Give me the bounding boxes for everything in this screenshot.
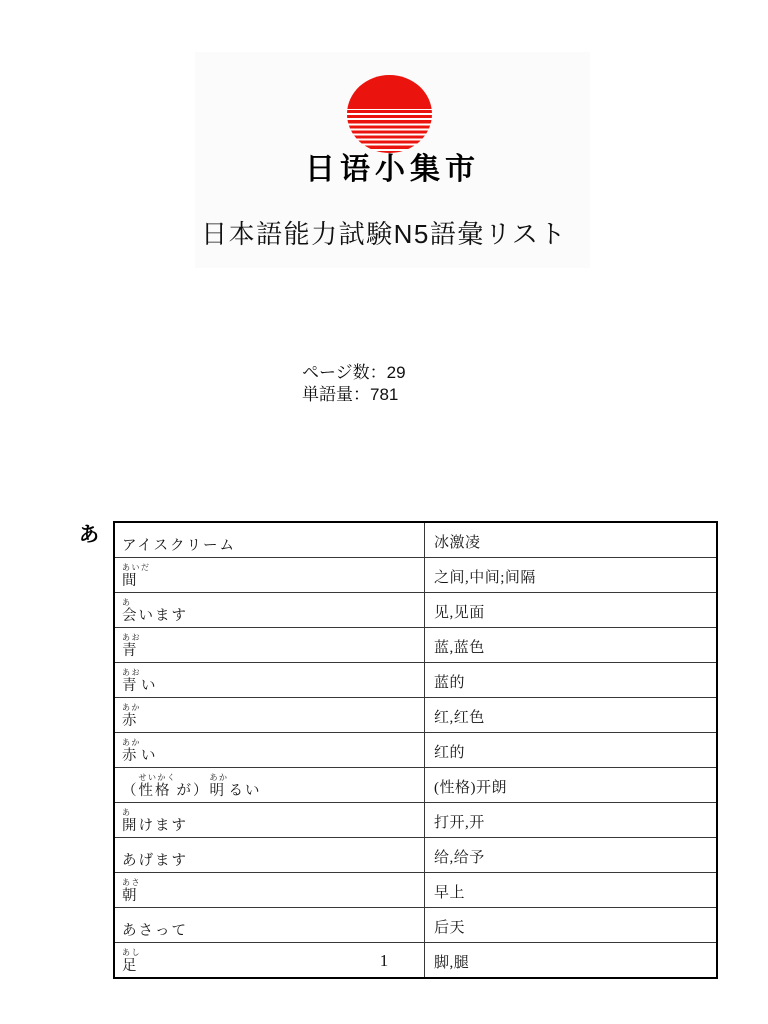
furigana: あお — [122, 667, 141, 678]
word-cell: あ開 けます — [114, 803, 425, 838]
word-text: い — [141, 748, 158, 764]
word-text: 赤 — [122, 713, 141, 729]
page-count-text: ページ数：29 — [302, 362, 406, 384]
furigana: あか — [122, 737, 141, 748]
brand-name: 日语小集市 — [195, 153, 590, 187]
furigana: あか — [122, 702, 141, 713]
word-text: 間 — [122, 573, 151, 589]
furigana: あいだ — [122, 562, 151, 573]
word-segment: あさ朝 — [122, 877, 141, 904]
table-row: あさって后天 — [114, 908, 717, 943]
word-text: 青 — [122, 678, 141, 694]
word-segment: あか赤 — [122, 702, 141, 729]
furigana: あさ — [122, 877, 141, 888]
word-segment: るい — [229, 772, 262, 799]
word-text: います — [139, 608, 189, 624]
stats-block: ページ数：29 単語量：781 — [302, 362, 406, 406]
word-text: あさって — [122, 923, 188, 939]
meaning-cell: 早上 — [425, 873, 718, 908]
table-row: あさ朝早上 — [114, 873, 717, 908]
word-text: 性格 — [139, 783, 177, 799]
word-cell: あお青 い — [114, 663, 425, 698]
meaning-cell: 冰激凌 — [425, 522, 718, 558]
word-text: 明 — [210, 783, 229, 799]
table-row: あいだ間之间,中间;间隔 — [114, 558, 717, 593]
word-segment: あか赤 — [122, 737, 141, 764]
table-row: あか赤红,红色 — [114, 698, 717, 733]
word-segment: い — [141, 667, 158, 694]
section-label-a: あ — [79, 518, 99, 547]
furigana — [141, 737, 158, 748]
word-segment: あお青 — [122, 632, 141, 659]
meaning-cell: 蓝的 — [425, 663, 718, 698]
table-row: あ会 います见,见面 — [114, 593, 717, 628]
furigana — [122, 842, 188, 853]
word-cell: あげます — [114, 838, 425, 873]
furigana — [122, 527, 236, 538]
word-segment: アイスクリーム — [122, 527, 236, 554]
table-row: （せいかく性格 が）あか明 るい(性格)开朗 — [114, 768, 717, 803]
rising-sun-logo-icon — [347, 75, 432, 153]
word-text: 朝 — [122, 888, 141, 904]
meaning-cell: 打开,开 — [425, 803, 718, 838]
vocab-table: アイスクリーム冰激凌あいだ間之间,中间;间隔あ会 います见,见面あお青蓝,蓝色あ… — [113, 521, 718, 979]
word-segment: います — [139, 597, 189, 624]
meaning-cell: 后天 — [425, 908, 718, 943]
word-cell: あ会 います — [114, 593, 425, 628]
furigana — [177, 772, 210, 783]
furigana: せいかく — [139, 772, 177, 783]
furigana — [139, 597, 189, 608]
furigana: あ — [122, 597, 139, 608]
table-row: あお青蓝,蓝色 — [114, 628, 717, 663]
word-segment: あいだ間 — [122, 562, 151, 589]
word-segment: あお青 — [122, 667, 141, 694]
word-segment: せいかく性格 — [139, 772, 177, 799]
meaning-cell: 之间,中间;间隔 — [425, 558, 718, 593]
furigana: あ — [122, 807, 139, 818]
word-text: あげます — [122, 853, 188, 869]
meaning-cell: 见,见面 — [425, 593, 718, 628]
word-text: い — [141, 678, 158, 694]
word-cell: あか赤 い — [114, 733, 425, 768]
word-segment: あげます — [122, 842, 188, 869]
word-cell: あいだ間 — [114, 558, 425, 593]
document-page: 日语小集市 日本語能力試験N5語彙リスト ページ数：29 単語量：781 あ ア… — [0, 0, 768, 1024]
word-segment: （ — [122, 772, 139, 799]
furigana: あお — [122, 632, 141, 643]
meaning-cell: 给,给予 — [425, 838, 718, 873]
furigana — [141, 667, 158, 678]
word-segment: い — [141, 737, 158, 764]
meaning-cell: 红的 — [425, 733, 718, 768]
meaning-cell: 蓝,蓝色 — [425, 628, 718, 663]
furigana — [139, 807, 189, 818]
page-number: 1 — [0, 951, 768, 971]
word-cell: あさ朝 — [114, 873, 425, 908]
word-cell: あか赤 — [114, 698, 425, 733]
meaning-cell: (性格)开朗 — [425, 768, 718, 803]
word-segment: けます — [139, 807, 189, 834]
word-text: けます — [139, 818, 189, 834]
word-text: 会 — [122, 608, 139, 624]
word-segment: が） — [177, 772, 210, 799]
word-cell: あさって — [114, 908, 425, 943]
word-text: アイスクリーム — [122, 538, 236, 554]
table-row: あげます给,给予 — [114, 838, 717, 873]
word-text: 赤 — [122, 748, 141, 764]
document-title: 日本語能力試験N5語彙リスト — [0, 218, 768, 250]
meaning-cell: 红,红色 — [425, 698, 718, 733]
furigana — [229, 772, 262, 783]
word-segment: あ開 — [122, 807, 139, 834]
table-row: アイスクリーム冰激凌 — [114, 522, 717, 558]
word-segment: あさって — [122, 912, 188, 939]
word-cell: アイスクリーム — [114, 522, 425, 558]
table-row: あお青 い蓝的 — [114, 663, 717, 698]
word-cell: あお青 — [114, 628, 425, 663]
furigana — [122, 772, 139, 783]
word-text: 青 — [122, 643, 141, 659]
word-count-text: 単語量：781 — [302, 384, 406, 406]
word-segment: あ会 — [122, 597, 139, 624]
table-row: あ開 けます打开,开 — [114, 803, 717, 838]
word-segment: あか明 — [210, 772, 229, 799]
word-text: 開 — [122, 818, 139, 834]
furigana — [122, 912, 188, 923]
table-row: あか赤 い红的 — [114, 733, 717, 768]
word-text: が） — [177, 783, 210, 799]
word-text: （ — [122, 783, 139, 799]
word-text: るい — [229, 783, 262, 799]
furigana: あか — [210, 772, 229, 783]
word-cell: （せいかく性格 が）あか明 るい — [114, 768, 425, 803]
